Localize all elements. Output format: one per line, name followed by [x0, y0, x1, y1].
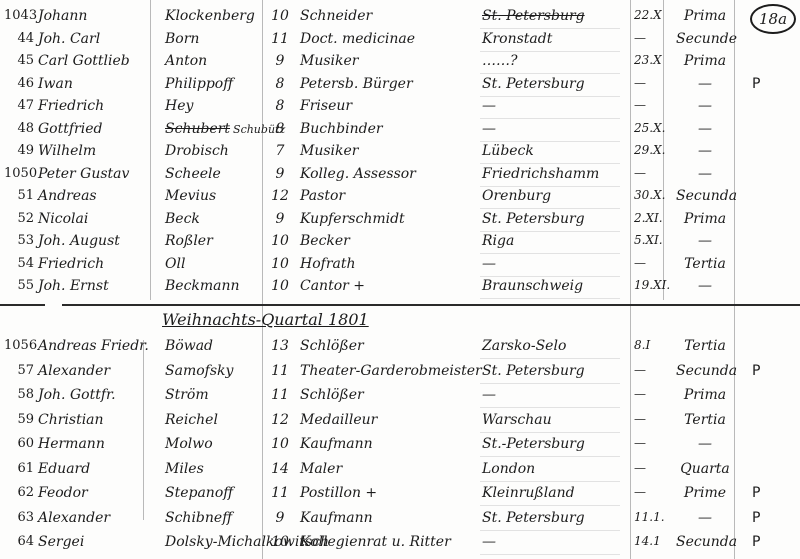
- table-row: 51AndreasMevius12PastorOrenburg30.X.Secu…: [0, 186, 800, 210]
- entry-number: 64: [4, 534, 34, 549]
- origin-place: Riga: [482, 233, 514, 249]
- margin-mark: P: [752, 363, 760, 379]
- origin-place: St. Petersburg: [482, 363, 585, 379]
- age: 10: [268, 534, 292, 550]
- father-occupation: Hofrath: [300, 256, 356, 272]
- class-level: —: [676, 166, 734, 182]
- entry-number: 62: [4, 485, 34, 500]
- age: 11: [268, 485, 292, 501]
- class-level: Prima: [676, 211, 734, 227]
- age: 10: [268, 233, 292, 249]
- age: 9: [268, 166, 292, 182]
- section-heading: Weihnachts-Quartal 1801: [162, 310, 369, 329]
- entry-number: 57: [4, 363, 34, 378]
- first-name: Johann: [38, 8, 87, 24]
- surname: Anton: [165, 53, 207, 69]
- entry-number: 55: [4, 278, 34, 293]
- age: 14: [268, 461, 292, 477]
- first-name: Feodor: [38, 485, 88, 501]
- table-row: 49WilhelmDrobisch7MusikerLübeck29.X.—: [0, 141, 800, 165]
- class-level: Secunde: [676, 31, 734, 47]
- class-level: Secunda: [676, 363, 734, 379]
- table-row: 63AlexanderSchibneff9KaufmannSt. Petersb…: [0, 508, 800, 532]
- entry-number: 49: [4, 143, 34, 158]
- father-occupation: Maler: [300, 461, 342, 477]
- surname: Oll: [165, 256, 185, 272]
- table-row: 62FeodorStepanoff11Postillon +Kleinrußla…: [0, 483, 800, 507]
- first-name: Andreas: [38, 188, 97, 204]
- surname: Molwo: [165, 436, 213, 452]
- origin-place: Kronstadt: [482, 31, 552, 47]
- section-divider: [62, 304, 800, 306]
- entry-date: —: [634, 436, 674, 450]
- row-rule: [480, 407, 620, 408]
- father-occupation: Theater-Garderobmeister: [300, 363, 482, 379]
- entry-number: 54: [4, 256, 34, 271]
- surname: Hey: [165, 98, 193, 114]
- origin-place: St. Petersburg: [482, 510, 585, 526]
- origin-place: Orenburg: [482, 188, 551, 204]
- first-name: Christian: [38, 412, 104, 428]
- father-occupation: Schlößer: [300, 338, 364, 354]
- surname: Born: [165, 31, 199, 47]
- row-rule: [480, 383, 620, 384]
- origin-place: London: [482, 461, 535, 477]
- origin-place: Kleinrußland: [482, 485, 575, 501]
- father-occupation: Musiker: [300, 53, 358, 69]
- table-row: 60HermannMolwo10KaufmannSt.-Petersburg——: [0, 434, 800, 458]
- first-name: Hermann: [38, 436, 105, 452]
- margin-mark: P: [752, 485, 760, 501]
- father-occupation: Kaufmann: [300, 436, 373, 452]
- entry-date: —: [634, 461, 674, 475]
- class-level: Secunda: [676, 188, 734, 204]
- origin-place: —: [482, 256, 496, 272]
- table-row: 54FriedrichOll10Hofrath——Tertia: [0, 254, 800, 278]
- father-occupation: Kollegienrat u. Ritter: [300, 534, 451, 550]
- class-level: Prima: [676, 53, 734, 69]
- table-row: 47FriedrichHey8Friseur———: [0, 96, 800, 120]
- surname: Mevius: [165, 188, 216, 204]
- origin-place: —: [482, 121, 496, 137]
- origin-place: Braunschweig: [482, 278, 583, 294]
- row-rule: [480, 530, 620, 531]
- surname: Schibneff: [165, 510, 232, 526]
- origin-place: —: [482, 534, 496, 550]
- entry-date: —: [634, 412, 674, 426]
- age: 9: [268, 53, 292, 69]
- entry-date: 8.I: [634, 338, 674, 352]
- entry-number: 44: [4, 31, 34, 46]
- origin-place: ……?: [482, 53, 518, 69]
- first-name: Peter Gustav: [38, 166, 129, 182]
- class-level: —: [676, 233, 734, 249]
- origin-place: St.-Petersburg: [482, 436, 585, 452]
- father-occupation: Buchbinder: [300, 121, 383, 137]
- entry-number: 60: [4, 436, 34, 451]
- entry-number: 1043: [4, 8, 34, 23]
- first-name: Eduard: [38, 461, 90, 477]
- table-row: 58Joh. Gottfr.Ström11Schlößer——Prima: [0, 385, 800, 409]
- entry-date: 22.X: [634, 8, 674, 22]
- age: 11: [268, 31, 292, 47]
- age: 8: [268, 121, 292, 137]
- father-occupation: Postillon +: [300, 485, 377, 501]
- father-occupation: Kolleg. Assessor: [300, 166, 416, 182]
- first-name: Joh. Carl: [38, 31, 100, 47]
- age: 8: [268, 76, 292, 92]
- table-row: 57AlexanderSamofsky11Theater-Garderobmei…: [0, 361, 800, 385]
- table-row: 59ChristianReichel12MedailleurWarschau—T…: [0, 410, 800, 434]
- age: 9: [268, 211, 292, 227]
- entry-number: 45: [4, 53, 34, 68]
- first-name: Friedrich: [38, 256, 104, 272]
- class-level: —: [676, 76, 734, 92]
- table-row: 44Joh. CarlBorn11Doct. medicinaeKronstad…: [0, 29, 800, 53]
- age: 10: [268, 256, 292, 272]
- entry-date: —: [634, 166, 674, 180]
- row-rule: [480, 432, 620, 433]
- table-row: 64SergeiDolsky-Michalkowitsch10Kollegien…: [0, 532, 800, 556]
- ledger-page: 18a 1043JohannKlockenberg10SchneiderSt. …: [0, 0, 800, 559]
- surname: Reichel: [165, 412, 218, 428]
- table-row: 1050Peter GustavScheele9Kolleg. Assessor…: [0, 164, 800, 188]
- section-divider: [0, 304, 45, 306]
- age: 7: [268, 143, 292, 159]
- class-level: Tertia: [676, 338, 734, 354]
- entry-date: —: [634, 256, 674, 270]
- entry-date: 19.XI.: [634, 278, 674, 292]
- entry-date: —: [634, 363, 674, 377]
- origin-place: Lübeck: [482, 143, 534, 159]
- origin-place: Zarsko-Selo: [482, 338, 566, 354]
- class-level: Prime: [676, 485, 734, 501]
- entry-number: 47: [4, 98, 34, 113]
- row-rule: [480, 481, 620, 482]
- father-occupation: Becker: [300, 233, 350, 249]
- table-row: 1043JohannKlockenberg10SchneiderSt. Pete…: [0, 6, 800, 30]
- father-occupation: Medailleur: [300, 412, 377, 428]
- table-row: 61EduardMiles14MalerLondon—Quarta: [0, 459, 800, 483]
- origin-place: —: [482, 98, 496, 114]
- entry-number: 61: [4, 461, 34, 476]
- entry-date: 14.1: [634, 534, 674, 548]
- entry-date: 11.1.: [634, 510, 674, 524]
- table-row: 53Joh. AugustRoßler10BeckerRiga5.XI.—: [0, 231, 800, 255]
- surname: Stepanoff: [165, 485, 233, 501]
- struck-surname: Schubert: [165, 121, 230, 137]
- entry-date: 29.X.: [634, 143, 674, 157]
- entry-number: 52: [4, 211, 34, 226]
- entry-date: 25.X.: [634, 121, 674, 135]
- first-name: Joh. Gottfr.: [38, 387, 116, 403]
- origin-place: Friedrichshamm: [482, 166, 599, 182]
- row-rule: [480, 505, 620, 506]
- entry-number: 1056: [4, 338, 34, 353]
- table-row: 55Joh. ErnstBeckmann10Cantor +Braunschwe…: [0, 276, 800, 300]
- class-level: Tertia: [676, 412, 734, 428]
- table-row: 1056Andreas Friedr.Böwad13SchlößerZarsko…: [0, 336, 800, 360]
- origin-place: Warschau: [482, 412, 552, 428]
- entry-number: 48: [4, 121, 34, 136]
- age: 12: [268, 188, 292, 204]
- father-occupation: Petersb. Bürger: [300, 76, 413, 92]
- entry-date: 2.XI.: [634, 211, 674, 225]
- entry-date: —: [634, 31, 674, 45]
- row-rule: [480, 456, 620, 457]
- first-name: Nicolai: [38, 211, 88, 227]
- table-row: 52NicolaiBeck9KupferschmidtSt. Petersbur…: [0, 209, 800, 233]
- surname: Beck: [165, 211, 200, 227]
- father-occupation: Schneider: [300, 8, 372, 24]
- age: 12: [268, 412, 292, 428]
- surname: Scheele: [165, 166, 221, 182]
- row-rule: [480, 554, 620, 555]
- first-name: Carl Gottlieb: [38, 53, 130, 69]
- class-level: —: [676, 278, 734, 294]
- class-level: Tertia: [676, 256, 734, 272]
- class-level: —: [676, 143, 734, 159]
- first-name: Joh. August: [38, 233, 120, 249]
- table-row: 48GottfriedSchubertSchubütz8Buchbinder—2…: [0, 119, 800, 143]
- surname: Klockenberg: [165, 8, 255, 24]
- entry-number: 1050: [4, 166, 34, 181]
- margin-mark: P: [752, 534, 760, 550]
- entry-date: 30.X.: [634, 188, 674, 202]
- entry-number: 51: [4, 188, 34, 203]
- entry-date: —: [634, 76, 674, 90]
- class-level: Secunda: [676, 534, 734, 550]
- table-row: 45Carl GottliebAnton9Musiker……?23.XPrima: [0, 51, 800, 75]
- entry-number: 59: [4, 412, 34, 427]
- class-level: Prima: [676, 387, 734, 403]
- father-occupation: Kupferschmidt: [300, 211, 405, 227]
- first-name: Joh. Ernst: [38, 278, 109, 294]
- father-occupation: Doct. medicinae: [300, 31, 415, 47]
- class-level: —: [676, 510, 734, 526]
- surname: Beckmann: [165, 278, 240, 294]
- surname: Miles: [165, 461, 204, 477]
- entry-number: 53: [4, 233, 34, 248]
- first-name: Wilhelm: [38, 143, 96, 159]
- origin-place: St. Petersburg: [482, 211, 585, 227]
- first-name: Alexander: [38, 363, 110, 379]
- surname: Roßler: [165, 233, 213, 249]
- entry-date: —: [634, 387, 674, 401]
- row-rule: [480, 298, 620, 299]
- surname: Ström: [165, 387, 209, 403]
- origin-place: St. Petersburg: [482, 76, 585, 92]
- father-occupation: Friseur: [300, 98, 352, 114]
- margin-mark: P: [752, 76, 760, 92]
- first-name: Friedrich: [38, 98, 104, 114]
- entry-date: —: [634, 485, 674, 499]
- class-level: —: [676, 121, 734, 137]
- age: 11: [268, 363, 292, 379]
- class-level: —: [676, 98, 734, 114]
- class-level: Prima: [676, 8, 734, 24]
- class-level: —: [676, 436, 734, 452]
- first-name: Iwan: [38, 76, 73, 92]
- entry-date: 5.XI.: [634, 233, 674, 247]
- class-level: Quarta: [676, 461, 734, 477]
- age: 11: [268, 387, 292, 403]
- father-occupation: Cantor +: [300, 278, 365, 294]
- age: 10: [268, 436, 292, 452]
- age: 13: [268, 338, 292, 354]
- surname: Böwad: [165, 338, 213, 354]
- table-row: 46IwanPhilippoff8Petersb. BürgerSt. Pete…: [0, 74, 800, 98]
- father-occupation: Kaufmann: [300, 510, 373, 526]
- father-occupation: Schlößer: [300, 387, 364, 403]
- age: 10: [268, 278, 292, 294]
- surname: Drobisch: [165, 143, 229, 159]
- first-name: Alexander: [38, 510, 110, 526]
- age: 10: [268, 8, 292, 24]
- entry-number: 46: [4, 76, 34, 91]
- row-rule: [480, 358, 620, 359]
- first-name: Andreas Friedr.: [38, 338, 149, 354]
- origin-place: St. Petersburg: [482, 8, 585, 24]
- age: 9: [268, 510, 292, 526]
- first-name: Gottfried: [38, 121, 102, 137]
- entry-number: 58: [4, 387, 34, 402]
- age: 8: [268, 98, 292, 114]
- first-name: Sergei: [38, 534, 84, 550]
- entry-date: —: [634, 98, 674, 112]
- surname: Samofsky: [165, 363, 233, 379]
- father-occupation: Musiker: [300, 143, 358, 159]
- origin-place: —: [482, 387, 496, 403]
- surname: Philippoff: [165, 76, 233, 92]
- father-occupation: Pastor: [300, 188, 345, 204]
- entry-number: 63: [4, 510, 34, 525]
- margin-mark: P: [752, 510, 760, 526]
- entry-date: 23.X: [634, 53, 674, 67]
